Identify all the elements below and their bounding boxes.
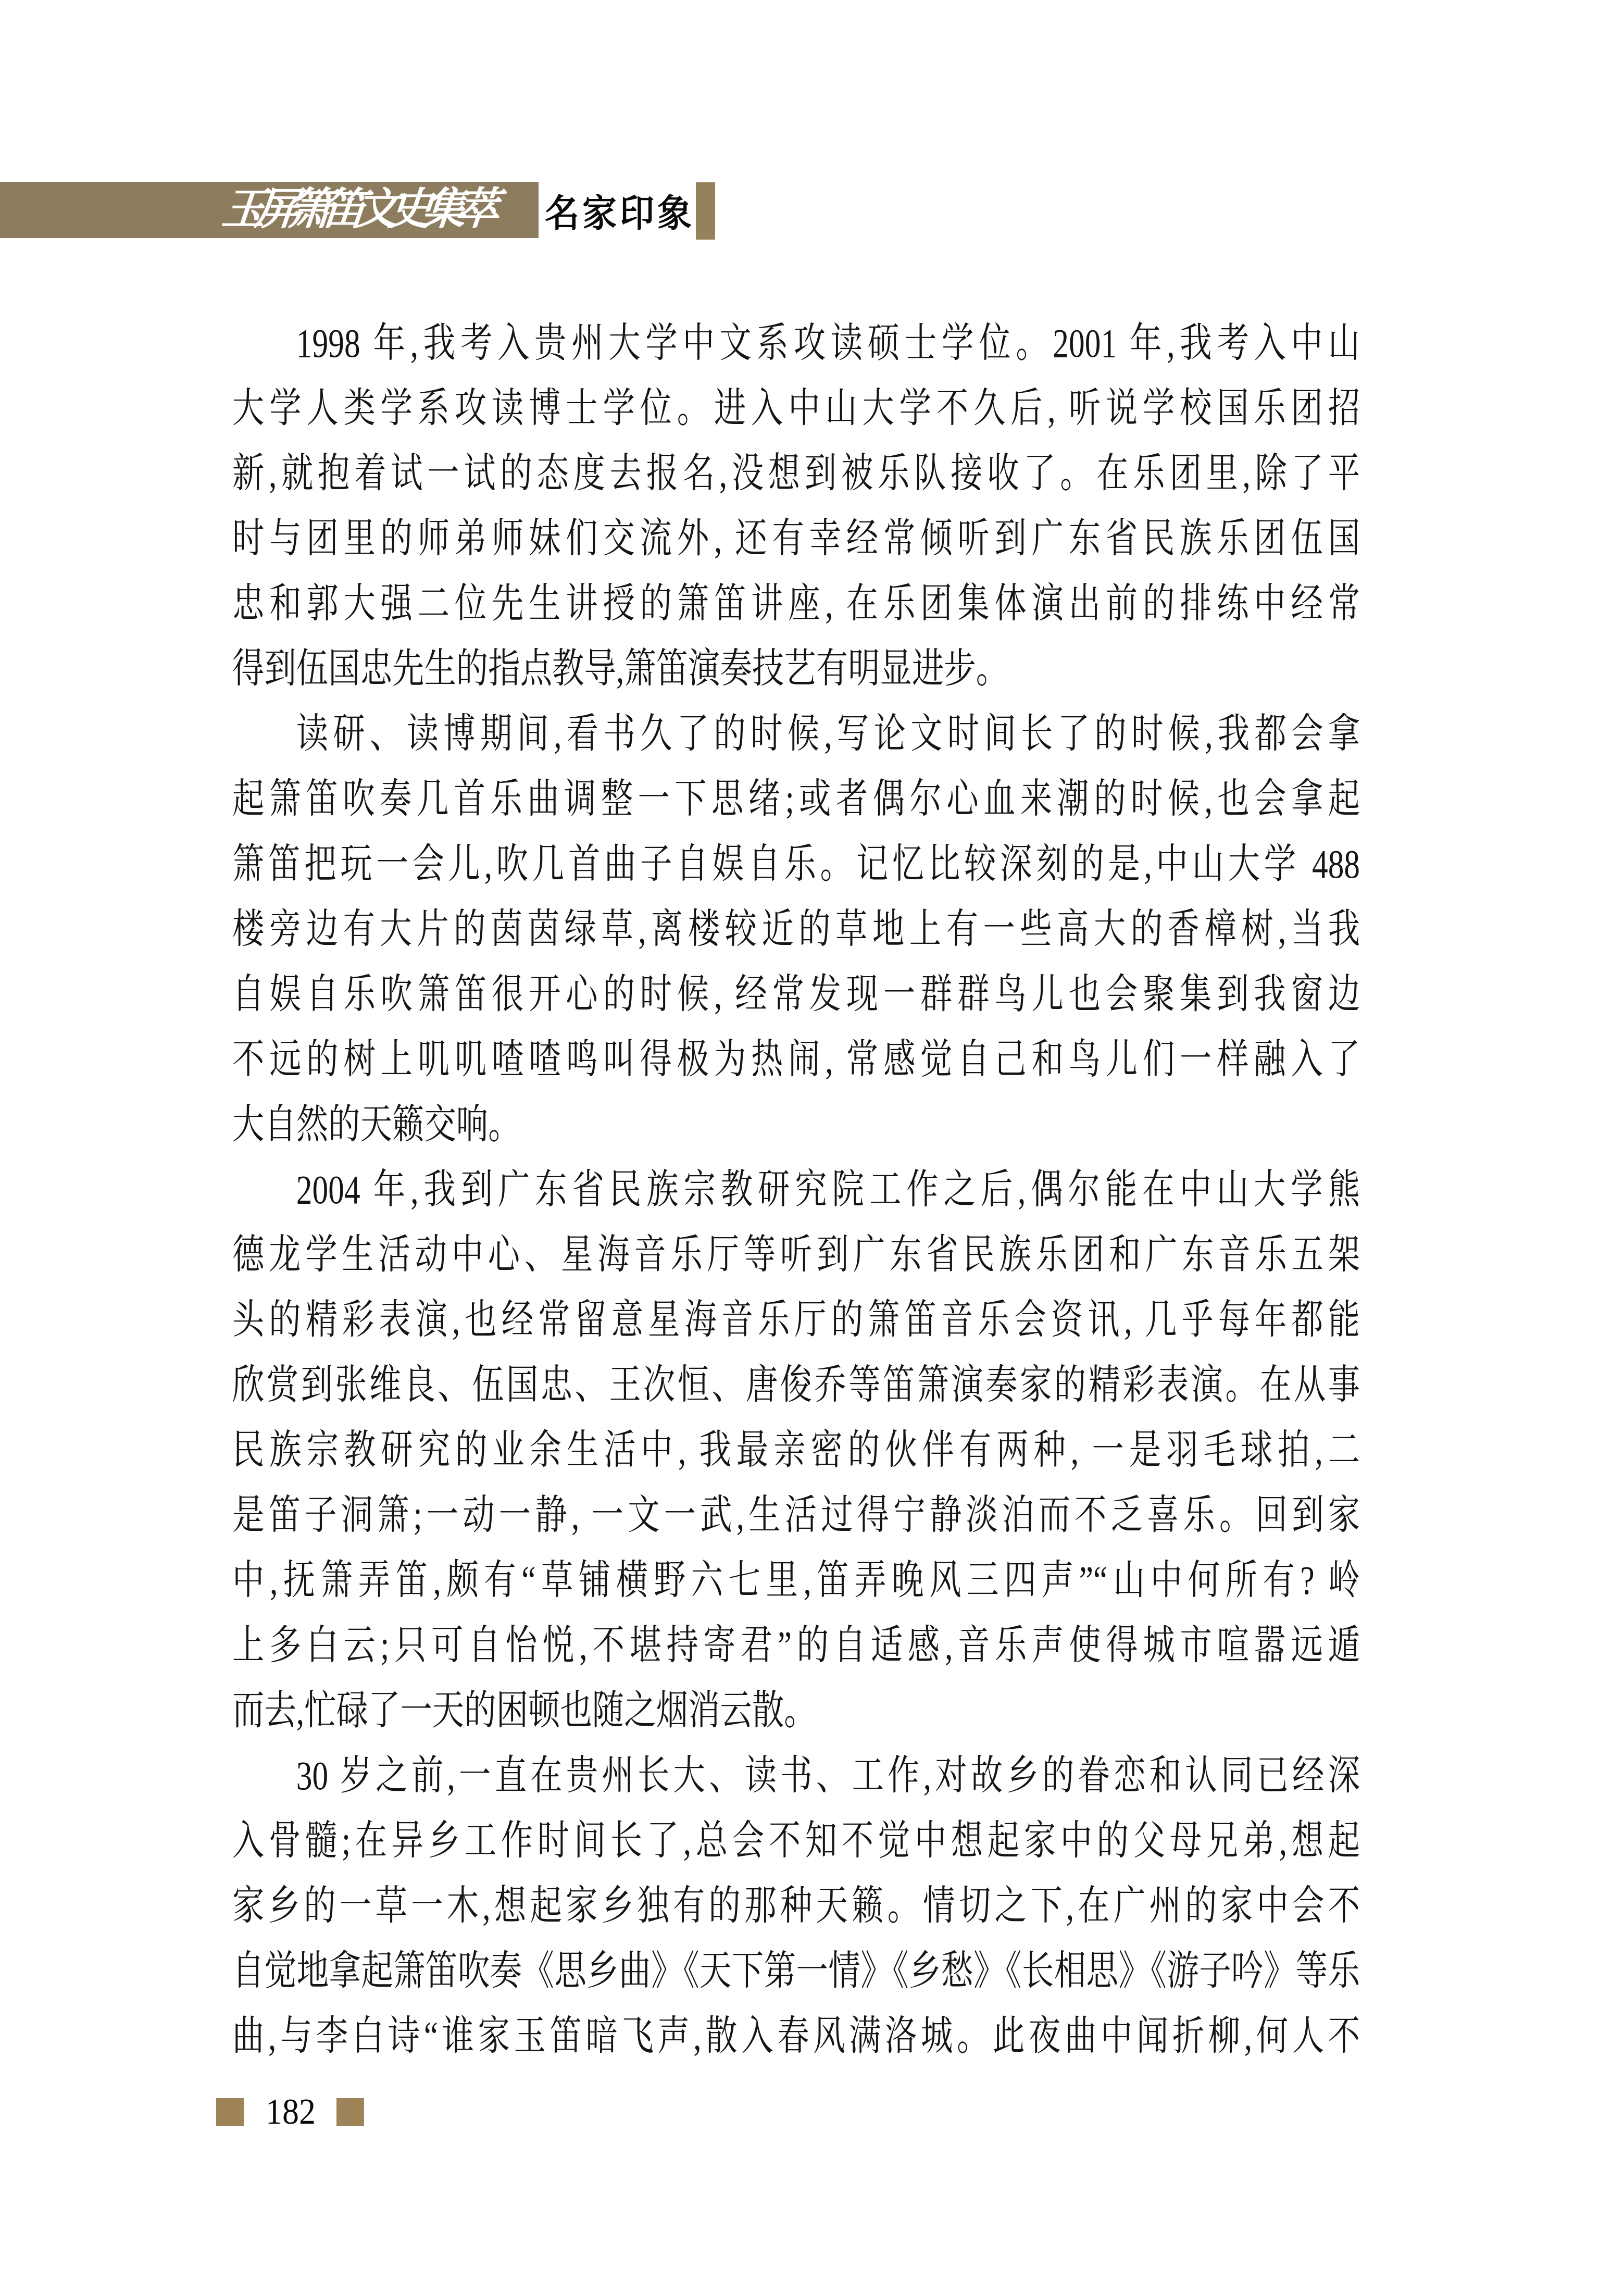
text-line: 读研、读博期间,看书久了的时候,写论文时间长了的时候,我都会拿 [232, 701, 1360, 766]
text-line: 自觉地拿起箫笛吹奏《思乡曲》《天下第一情》《乡愁》《长相思》《游子吟》等乐 [232, 1938, 1360, 2003]
series-title-calligraphy: 玉屏箫笛文史集萃 [220, 188, 501, 232]
text-line: 大学人类学系攻读博士学位。进入中山大学不久后, 听说学校国乐团招 [232, 376, 1360, 441]
text-line: 新,就抱着试一试的态度去报名,没想到被乐队接收了。在乐团里,除了平 [232, 441, 1360, 506]
footer-right-square [336, 2098, 364, 2126]
footer-left-square [216, 2098, 244, 2126]
text-line: 大自然的天籁交响。 [232, 1092, 1360, 1157]
text-line: 头的精彩表演,也经常留意星海音乐厅的箫笛音乐会资讯, 几乎每年都能 [232, 1287, 1360, 1352]
header-accent-bar [696, 182, 715, 240]
text-line: 30 岁之前,一直在贵州长大、读书、工作,对故乡的眷恋和认同已经深 [232, 1743, 1360, 1808]
text-line: 得到伍国忠先生的指点教导,箫笛演奏技艺有明显进步。 [232, 636, 1360, 701]
page-footer: 182 [216, 2097, 364, 2126]
text-line: 忠和郭大强二位先生讲授的箫笛讲座, 在乐团集体演出前的排练中经常 [232, 571, 1360, 636]
text-line: 入骨髓;在异乡工作时间长了,总会不知不觉中想起家中的父母兄弟,想起 [232, 1808, 1360, 1873]
text-line: 德龙学生活动中心、星海音乐厅等听到广东省民族乐团和广东音乐五架 [232, 1222, 1360, 1287]
text-line: 而去,忙碌了一天的困顿也随之烟消云散。 [232, 1678, 1360, 1743]
page-number: 182 [266, 2096, 316, 2128]
text-line: 不远的树上叽叽喳喳鸣叫得极为热闹, 常感觉自己和鸟儿们一样融入了 [232, 1027, 1360, 1092]
book-page: 玉屏箫笛文史集萃 名家印象 1998 年,我考入贵州大学中文系攻读硕士学位。20… [0, 0, 1624, 2269]
text-line: 民族宗教研究的业余生活中, 我最亲密的伙伴有两种, 一是羽毛球拍,二 [232, 1417, 1360, 1482]
section-title: 名家印象 [545, 180, 695, 241]
text-line: 曲,与李白诗“谁家玉笛暗飞声,散入春风满洛城。此夜曲中闻折柳,何人不 [232, 2003, 1360, 2068]
text-line: 2004 年,我到广东省民族宗教研究院工作之后,偶尔能在中山大学熊 [232, 1157, 1360, 1222]
text-line: 是笛子洞箫;一动一静, 一文一武,生活过得宁静淡泊而不乏喜乐。回到家 [232, 1482, 1360, 1548]
text-line: 上多白云;只可自怡悦,不堪持寄君”的自适感,音乐声使得城市喧嚣远遁 [232, 1613, 1360, 1678]
body-text-block: 1998 年,我考入贵州大学中文系攻读硕士学位。2001 年,我考入中山大学人类… [232, 310, 1360, 2068]
paragraph: 30 岁之前,一直在贵州长大、读书、工作,对故乡的眷恋和认同已经深入骨髓;在异乡… [232, 1743, 1360, 2068]
text-line: 自娱自乐吹箫笛很开心的时候, 经常发现一群群鸟儿也会聚集到我窗边 [232, 962, 1360, 1027]
text-line: 起箫笛吹奏几首乐曲调整一下思绪;或者偶尔心血来潮的时候,也会拿起 [232, 766, 1360, 831]
body-text: 1998 年,我考入贵州大学中文系攻读硕士学位。2001 年,我考入中山大学人类… [232, 310, 1360, 2068]
paragraph: 1998 年,我考入贵州大学中文系攻读硕士学位。2001 年,我考入中山大学人类… [232, 310, 1360, 701]
text-line: 欣赏到张维良、伍国忠、王次恒、唐俊乔等笛箫演奏家的精彩表演。在从事 [232, 1352, 1360, 1417]
text-line: 楼旁边有大片的茵茵绿草,离楼较近的草地上有一些高大的香樟树,当我 [232, 896, 1360, 962]
text-line: 1998 年,我考入贵州大学中文系攻读硕士学位。2001 年,我考入中山 [232, 310, 1360, 376]
header-band: 玉屏箫笛文史集萃 [0, 182, 539, 238]
paragraph: 读研、读博期间,看书久了的时候,写论文时间长了的时候,我都会拿起箫笛吹奏几首乐曲… [232, 701, 1360, 1157]
text-line: 时与团里的师弟师妹们交流外, 还有幸经常倾听到广东省民族乐团伍国 [232, 506, 1360, 571]
text-line: 中,抚箫弄笛,颇有“草铺横野六七里,笛弄晚风三四声”“山中何所有? 岭 [232, 1548, 1360, 1613]
text-line: 家乡的一草一木,想起家乡独有的那种天籁。情切之下,在广州的家中会不 [232, 1873, 1360, 1938]
text-line: 箫笛把玩一会儿,吹几首曲子自娱自乐。记忆比较深刻的是,中山大学 488 [232, 831, 1360, 896]
paragraph: 2004 年,我到广东省民族宗教研究院工作之后,偶尔能在中山大学熊德龙学生活动中… [232, 1157, 1360, 1743]
